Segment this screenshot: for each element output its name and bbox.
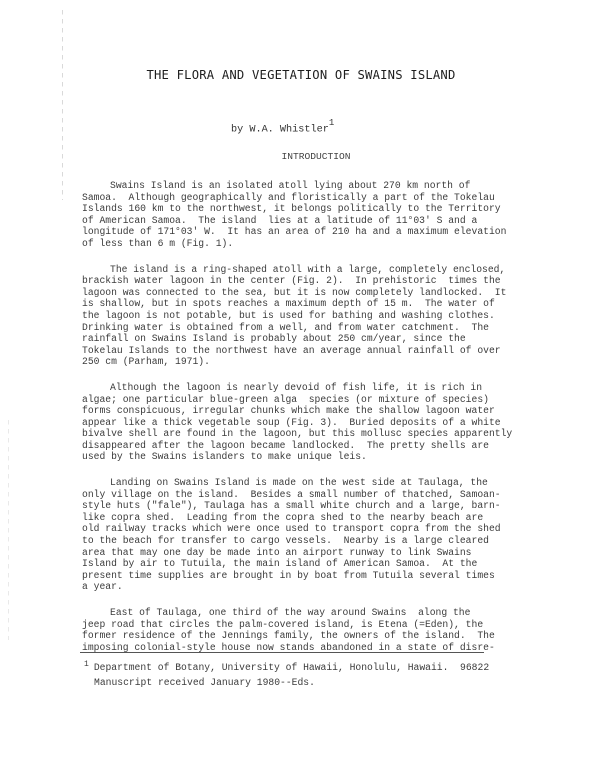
paragraph: The island is a ring-shaped atoll with a… xyxy=(82,264,552,368)
text-line: Swains Island is an isolated atoll lying… xyxy=(82,180,552,192)
byline: by W.A. Whistler1 xyxy=(231,120,334,135)
text-line: algae; one particular blue-green alga sp… xyxy=(82,394,552,406)
text-line: disappeared after the lagoon became land… xyxy=(82,440,552,452)
scan-margin-marks xyxy=(62,10,64,200)
footnote-line-affiliation: 1Department of Botany, University of Haw… xyxy=(84,661,489,676)
document-title: THE FLORA AND VEGETATION OF SWAINS ISLAN… xyxy=(0,68,600,82)
text-line: present time supplies are brought in by … xyxy=(82,570,552,582)
text-line: Samoa. Although geographically and flori… xyxy=(82,192,552,204)
text-line: brackish water lagoon in the center (Fig… xyxy=(82,275,552,287)
footnote: 1Department of Botany, University of Haw… xyxy=(84,661,489,690)
text-line: appear like a thick vegetable soup (Fig.… xyxy=(82,417,552,429)
paragraph: Although the lagoon is nearly devoid of … xyxy=(82,382,552,463)
text-line: Island by air to Tutuila, the main islan… xyxy=(82,558,552,570)
text-line: area that may one day be made into an ai… xyxy=(82,547,552,559)
text-line: to the beach for transfer to cargo vesse… xyxy=(82,535,552,547)
text-line: lagoon was connected to the sea, but it … xyxy=(82,287,552,299)
text-line: rainfall on Swains Island is probably ab… xyxy=(82,333,552,345)
text-line: Tokelau Islands to the northwest have an… xyxy=(82,345,552,357)
text-line: like copra shed. Leading from the copra … xyxy=(82,512,552,524)
text-line: Islands 160 km to the northwest, it belo… xyxy=(82,203,552,215)
text-line: the lagoon is not potable, but is used f… xyxy=(82,310,552,322)
text-line: bivalve shell are found in the lagoon, b… xyxy=(82,428,552,440)
footnote-affiliation: Department of Botany, University of Hawa… xyxy=(94,662,489,673)
text-line: East of Taulaga, one third of the way ar… xyxy=(82,607,552,619)
paragraph: Swains Island is an isolated atoll lying… xyxy=(82,180,552,250)
text-line: The island is a ring-shaped atoll with a… xyxy=(82,264,552,276)
text-line: former residence of the Jennings family,… xyxy=(82,630,552,642)
text-line: style huts ("fale"), Taulaga has a small… xyxy=(82,500,552,512)
author-footnote-marker: 1 xyxy=(329,118,334,128)
paragraph: East of Taulaga, one third of the way ar… xyxy=(82,607,552,653)
text-line: used by the Swains islanders to make uni… xyxy=(82,451,552,463)
text-line: is shallow, but in spots reaches a maxim… xyxy=(82,298,552,310)
footnote-line-received: Manuscript received January 1980--Eds. xyxy=(84,676,489,690)
text-line: old railway tracks which were once used … xyxy=(82,523,552,535)
text-line: Landing on Swains Island is made on the … xyxy=(82,477,552,489)
text-line: jeep road that circles the palm-covered … xyxy=(82,619,552,631)
footnote-marker: 1 xyxy=(84,660,89,669)
body-text: Swains Island is an isolated atoll lying… xyxy=(82,180,552,667)
text-line: of American Samoa. The island lies at a … xyxy=(82,215,552,227)
text-line: forms conspicuous, irregular chunks whic… xyxy=(82,405,552,417)
text-line: only village on the island. Besides a sm… xyxy=(82,489,552,501)
section-heading-introduction: INTRODUCTION xyxy=(0,151,600,162)
paragraph: Landing on Swains Island is made on the … xyxy=(82,477,552,593)
text-line: 250 cm (Parham, 1971). xyxy=(82,356,552,368)
scan-margin-marks-lower xyxy=(8,420,10,640)
text-line: longitude of 171°03' W. It has an area o… xyxy=(82,226,552,238)
text-line: of less than 6 m (Fig. 1). xyxy=(82,238,552,250)
author-name: by W.A. Whistler xyxy=(231,124,329,135)
text-line: Although the lagoon is nearly devoid of … xyxy=(82,382,552,394)
text-line: Drinking water is obtained from a well, … xyxy=(82,322,552,334)
footnote-divider xyxy=(80,652,484,653)
text-line: a year. xyxy=(82,581,552,593)
